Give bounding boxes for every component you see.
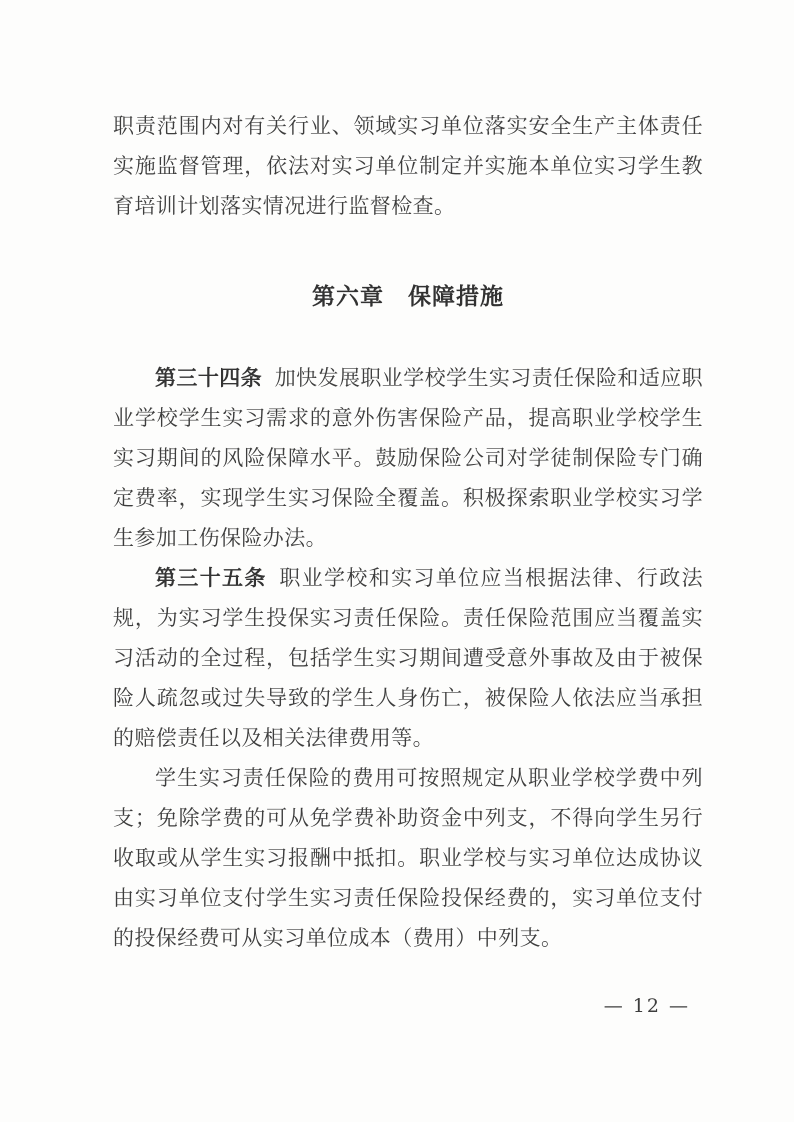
paragraph-supervision-continuation: 职责范围内对有关行业、领域实习单位落实安全生产主体责任实施监督管理，依法对实习单… <box>113 106 703 226</box>
article-34-text: 加快发展职业学校学生实习责任保险和适应职业学校学生实习需求的意外伤害保险产品，提… <box>113 366 703 550</box>
page-number: — 12 — <box>604 995 690 1017</box>
article-35-term: 第三十五条 <box>155 566 267 590</box>
paragraph-insurance-fee: 学生实习责任保险的费用可按照规定从职业学校学费中列支；免除学费的可从免学费补助资… <box>113 758 703 958</box>
chapter-heading: 第六章 保障措施 <box>113 278 703 311</box>
document-page: 职责范围内对有关行业、领域实习单位落实安全生产主体责任实施监督管理，依法对实习单… <box>0 0 794 1122</box>
article-35-paragraph: 第三十五条职业学校和实习单位应当根据法律、行政法规，为实习学生投保实习责任保险。… <box>113 558 703 758</box>
article-35-text: 职业学校和实习单位应当根据法律、行政法规，为实习学生投保实习责任保险。责任保险范… <box>113 566 703 750</box>
article-34-paragraph: 第三十四条加快发展职业学校学生实习责任保险和适应职业学校学生实习需求的意外伤害保… <box>113 358 703 558</box>
article-34-term: 第三十四条 <box>155 366 262 390</box>
